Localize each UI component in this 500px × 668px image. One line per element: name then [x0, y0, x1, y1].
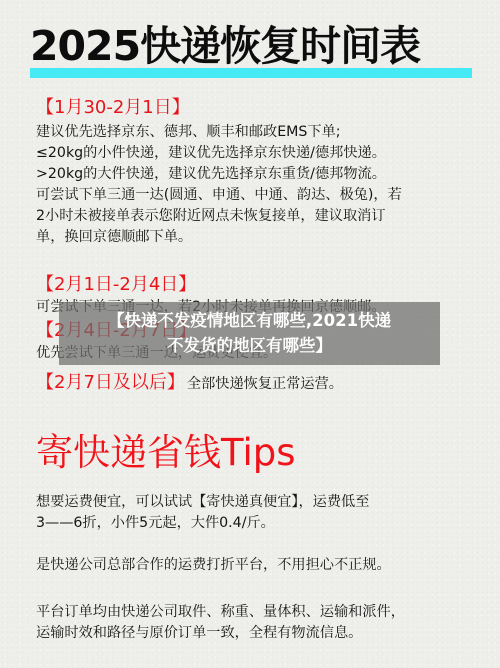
section-line: >20kg的大件快递，建议优先选择京东重货/德邦物流。 — [36, 164, 402, 185]
tips-line: 是快递公司总部合作的运费打折平台，不用担心不正规。 — [36, 555, 391, 576]
title-block: 2025快递恢复时间表 — [30, 22, 472, 70]
section-line: ≤20kg的小件快递，建议优先选择京东快递/德邦快递。 — [36, 143, 402, 164]
tips-title: 寄快递省钱Tips — [36, 430, 296, 476]
tips-line: 3——6折，小件5元起，大件0.4/斤。 — [36, 513, 369, 534]
caption-line-2: 不发货的地区有哪些】 — [59, 333, 440, 358]
tips-paragraph-3: 平台订单均由快递公司取件、称重、量体积、运输和派件， 运输时效和路径与原价订单一… — [36, 602, 405, 644]
section-heading: 【2月1日-2月4日】 — [36, 273, 386, 297]
section-inline-text: 全部快递恢复正常运营。 — [187, 374, 343, 395]
section-heading: 【2月7日及以后】 — [36, 371, 185, 395]
section-heading: 【1月30-2月1日】 — [36, 96, 402, 120]
page-title: 2025快递恢复时间表 — [30, 22, 472, 70]
section-line: 可尝试下单三通一达(圆通、申通、中通、韵达、极兔)，若 — [36, 185, 402, 206]
caption-overlay: 【快递不发疫情地区有哪些,2021快递 不发货的地区有哪些】 — [59, 302, 440, 365]
caption-text: 【快递不发疫情地区有哪些,2021快递 不发货的地区有哪些】 — [59, 308, 440, 358]
tips-line: 运输时效和路径与原价订单一致，全程有物流信息。 — [36, 623, 405, 644]
tips-paragraph-1: 想要运费便宜，可以试试【寄快递真便宜】，运费低至 3——6折，小件5元起，大件0… — [36, 492, 369, 534]
section-feb7-after: 【2月7日及以后】 全部快递恢复正常运营。 — [36, 371, 343, 395]
tips-line: 想要运费便宜，可以试试【寄快递真便宜】，运费低至 — [36, 492, 369, 513]
section-line: 建议优先选择京东、德邦、顺丰和邮政EMS下单; — [36, 122, 402, 143]
tips-paragraph-2: 是快递公司总部合作的运费打折平台，不用担心不正规。 — [36, 555, 391, 576]
section-line: 2小时未被接单表示您附近网点未恢复接单，建议取消订 — [36, 206, 402, 227]
caption-line-1: 【快递不发疫情地区有哪些,2021快递 — [59, 308, 440, 333]
section-line: 单，换回京德顺邮下单。 — [36, 227, 402, 248]
section-jan30-feb1: 【1月30-2月1日】 建议优先选择京东、德邦、顺丰和邮政EMS下单; ≤20k… — [36, 96, 402, 248]
tips-line: 平台订单均由快递公司取件、称重、量体积、运输和派件， — [36, 602, 405, 623]
